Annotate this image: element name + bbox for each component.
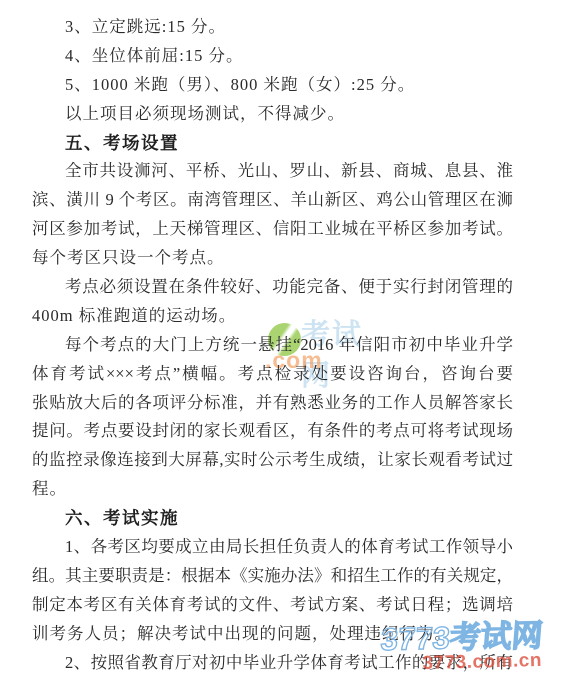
text-line: 程。 (32, 475, 513, 504)
text-line: 提问。考点要设封闭的家长观看区，有条件的考点可将考试现场 (32, 417, 513, 446)
document-text: 3、立定跳远:15 分。 4、坐位体前屈:15 分。 5、1000 米跑（男）、… (32, 13, 513, 677)
text-line: 河区参加考试，上天梯管理区、信阳工业城在平桥区参加考试。 (32, 215, 513, 244)
text-line: 以上项目必须现场测试，不得减少。 (32, 100, 513, 129)
text-line: 每个考区只设一个考点。 (32, 244, 513, 273)
list-item-4: 4、坐位体前屈:15 分。 (32, 42, 513, 71)
section-heading-6: 六、考试实施 (32, 504, 513, 533)
text-line: 的监控录像连接到大屏幕,实时公示考生成绩，让家长观看考试过 (32, 446, 513, 475)
section-heading-5: 五、考场设置 (32, 129, 513, 158)
document-page: 考试网 .com 3、立定跳远:15 分。 4、坐位体前屈:15 分。 5、10… (0, 0, 562, 695)
text-line: 400m 标准跑道的运动场。 (32, 302, 513, 331)
text-line: 制定本考区有关体育考试的文件、考试方案、考试日程；选调培 (32, 591, 513, 620)
watermark-site-url: 3773.com.cn (422, 651, 543, 674)
list-item-3: 3、立定跳远:15 分。 (32, 13, 513, 42)
text-line: 全市共设浉河、平桥、光山、罗山、新县、商城、息县、淮 (32, 157, 513, 186)
text-line: 张贴放大后的各项评分标准，并有熟悉业务的工作人员解答家长 (32, 389, 513, 418)
text-line: 滨、潢川 9 个考区。南湾管理区、羊山新区、鸡公山管理区在浉 (32, 186, 513, 215)
text-line: 每个考点的大门上方统一悬挂“2016 年信阳市初中毕业升学 (32, 331, 513, 360)
watermark-corner: 3773考试网 3773.com.cn (380, 619, 543, 675)
text-line: 1、各考区均要成立由局长担任负责人的体育考试工作领导小 (32, 533, 513, 562)
list-item-5: 5、1000 米跑（男）、800 米跑（女）:25 分。 (32, 71, 513, 100)
text-line: 体育考试×××考点”横幅。考点检录处要设咨询台，咨询台要 (32, 360, 513, 389)
text-line: 考点必须设置在条件较好、功能完备、便于实行封闭管理的 (32, 273, 513, 302)
text-line: 组。其主要职责是：根据本《实施办法》和招生工作的有关规定， (32, 562, 513, 591)
